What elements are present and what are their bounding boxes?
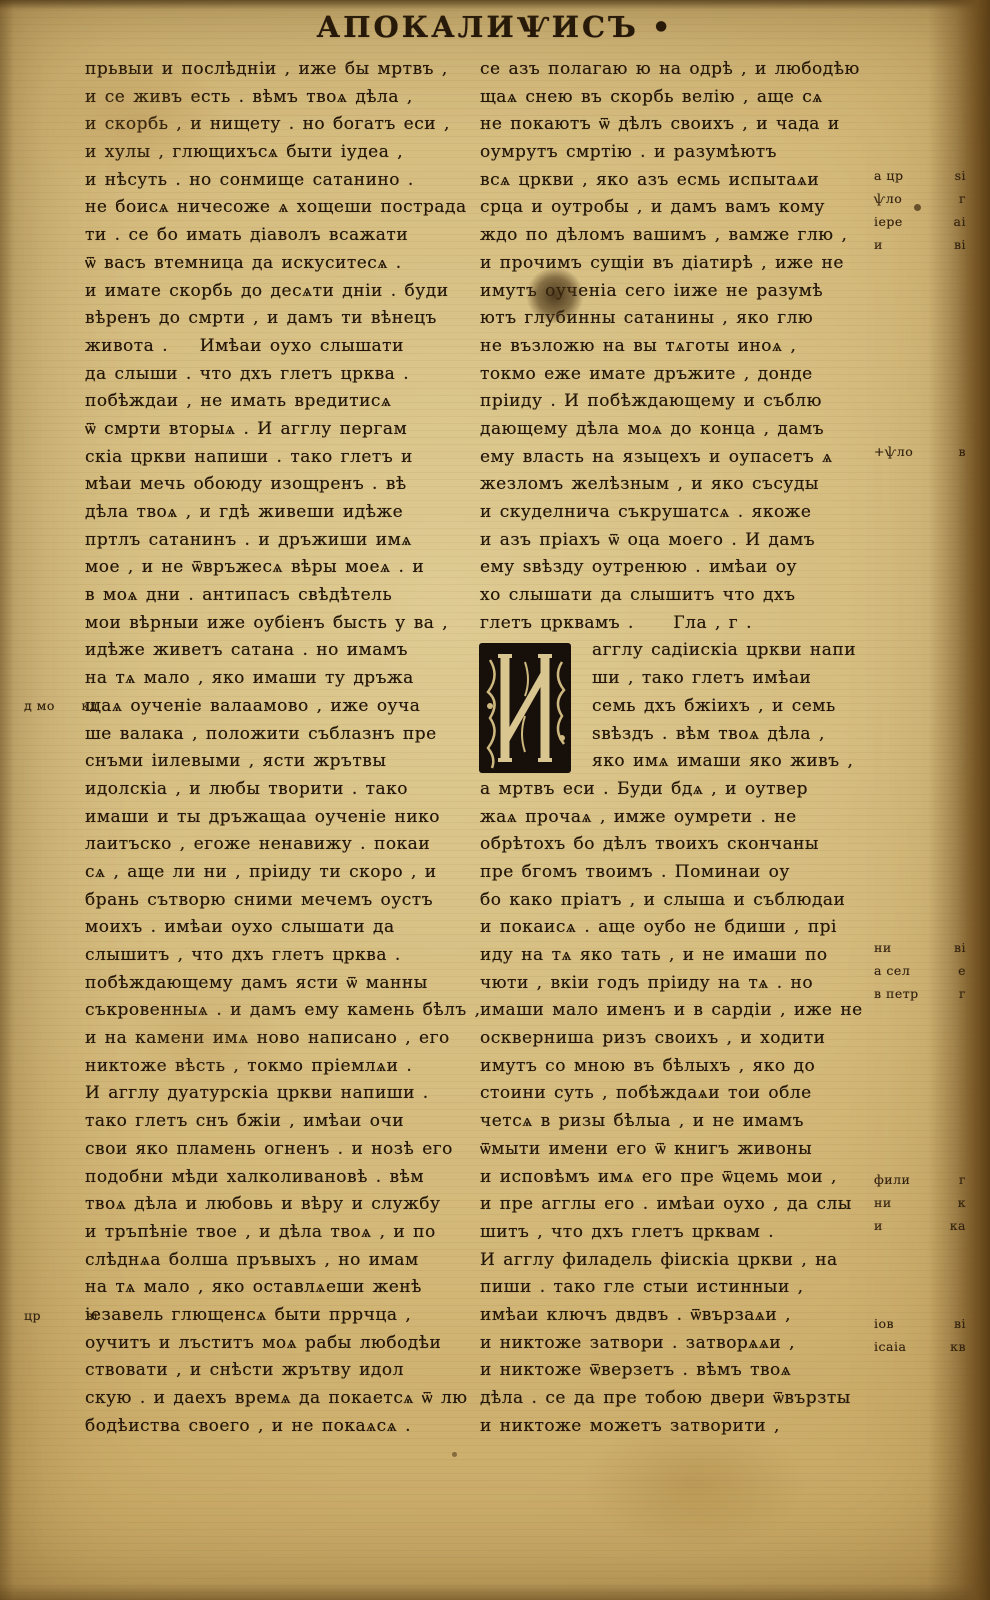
margin-note-row: ѱлог	[874, 187, 966, 210]
text-line: в моѧ дни . антипасъ свѣдѣтель	[85, 582, 475, 610]
text-line: и никтоже затвори . затворѧѧи ,	[480, 1330, 876, 1358]
text-line: слышитъ , что дхъ глетъ црква .	[85, 942, 475, 970]
page-edge-shadow	[0, 0, 14, 1600]
text-line: глетъ црквамъ . Гла , г .	[480, 610, 876, 638]
margin-note-token: и	[874, 233, 883, 256]
margin-note-row: іереаі	[874, 210, 966, 233]
text-line: и скорбь , и нищету . но богатъ еси ,	[85, 111, 475, 139]
text-line: ждо по дѣломъ вашимъ , вамже глю ,	[480, 222, 876, 250]
text-line: и никтоже ѿверзетъ . вѣмъ твоѧ	[480, 1357, 876, 1385]
text-line: ѿ васъ втемница да искуситесѧ .	[85, 250, 475, 278]
text-line: вѣренъ до смрти , и дамъ ти вѣнецъ	[85, 305, 475, 333]
margin-note-token: ві	[954, 1312, 966, 1335]
text-line: мои вѣрныи иже оубiенъ бысть у ва ,	[85, 610, 475, 638]
text-line: моихъ . имѣаи оухо слышати да	[85, 914, 475, 942]
margin-note: д мокд	[24, 694, 98, 717]
text-line: скiа цркви напиши . тако глетъ и	[85, 444, 475, 472]
margin-note-token: фили	[874, 1168, 910, 1191]
text-line: и скуделнича съкрушатсѧ . якоже	[480, 499, 876, 527]
page-edge-shadow	[0, 0, 990, 10]
margin-note-token: аі	[954, 210, 966, 233]
text-line: стоини суть , побѣждаѧи тои обле	[480, 1080, 876, 1108]
text-line: ѿмыти имени его ѿ книгъ живоны	[480, 1136, 876, 1164]
text-line: И агглу дуатурскiа цркви напиши .	[85, 1080, 475, 1108]
margin-note-token: ві	[954, 936, 966, 959]
margin-note-token: кд	[81, 694, 98, 717]
margin-note: іоввіісаіакв	[874, 1312, 966, 1358]
text-line: дѣла твоѧ , и гдѣ живеши идѣже	[85, 499, 475, 527]
text-line: брань сътворю сними мечемъ оустъ	[85, 887, 475, 915]
text-line: мѣаи мечь обоюду изощренъ . вѣ	[85, 471, 475, 499]
book-page-scan: АПОКАЛИѰИСЪ • прьвыи и послѣднiи , иже б…	[0, 0, 990, 1600]
margin-note-row: +ѱлов	[874, 440, 966, 463]
text-line: срца и оутробы , и дамъ вамъ кому	[480, 194, 876, 222]
drop-cap-initial	[478, 642, 572, 774]
margin-note-token: цр	[24, 1304, 41, 1327]
text-line: обрѣтохъ бо дѣлъ твоихъ скончаны	[480, 831, 876, 859]
margin-note: +ѱлов	[874, 440, 966, 463]
text-line: ютъ глубинны сатанины , яко глю	[480, 305, 876, 333]
text-line: побѣждаи , не имать вредитисѧ	[85, 388, 475, 416]
text-line: идолскiа , и любы творити . тако	[85, 776, 475, 804]
text-line: ему власть на языцехъ и оупасетъ ѧ	[480, 444, 876, 472]
text-line: и нѣсуть . но сонмище сатанино .	[85, 167, 475, 195]
text-line: снъми іилевыми , ясти жрътвы	[85, 748, 475, 776]
text-line: щаѧ снею въ скорбь велiю , аще сѧ	[480, 84, 876, 112]
text-line: сѧ , аще ли ни , прiиду ти скоро , и	[85, 859, 475, 887]
margin-note-token: д мо	[24, 694, 55, 717]
margin-note-token: ісаіа	[874, 1335, 906, 1358]
text-line: съкровенныѧ . и дамъ ему камень бѣлъ ,	[85, 997, 475, 1025]
text-line: лаитъско , егоже ненавижу . покаи	[85, 831, 475, 859]
text-line: и исповѣмъ имѧ его пре ѿцемь мои ,	[480, 1164, 876, 1192]
text-line: пиши . тако гле стыи истинныи ,	[480, 1274, 876, 1302]
left-text-column: прьвыи и послѣднiи , иже бы мртвъ ,и се …	[85, 56, 475, 1440]
text-line: имѣаи ключъ двдвъ . ѿвързаѧи ,	[480, 1302, 876, 1330]
text-line: твоѧ дѣла и любовь и вѣру и службу	[85, 1191, 475, 1219]
text-line: имутъ со мною въ бѣлыхъ , яко до	[480, 1053, 876, 1081]
text-line: и на камени имѧ ново написано , его	[85, 1025, 475, 1053]
text-line: оскверниша ризъ своихъ , и ходити	[480, 1025, 876, 1053]
text-line: не възложю на вы тѧготы иноѧ ,	[480, 333, 876, 361]
text-line: жезломъ желѣзным , и яко съсуды	[480, 471, 876, 499]
text-line: имаши мало именъ и в сардiи , иже не	[480, 997, 876, 1025]
margin-note-row: а црѕі	[874, 164, 966, 187]
text-line: не покаютъ ѿ дѣлъ своихъ , и чада и	[480, 111, 876, 139]
text-line: щаѧ оученiе валаамово , иже оуча	[85, 693, 475, 721]
text-line: оучитъ и лъститъ моѧ рабы любодѣи	[85, 1330, 475, 1358]
text-line: четсѧ в ризы бѣлыа , и не имамъ	[480, 1108, 876, 1136]
text-line: на тѧ мало , яко имаши ту дръжа	[85, 665, 475, 693]
text-line: пртлъ сатанинъ . и дръжиши имѧ	[85, 527, 475, 555]
text-line: дѣла . се да пре тобою двери ѿвързты	[480, 1385, 876, 1413]
text-line: оумрутъ смртiю . и разумѣютъ	[480, 139, 876, 167]
margin-note-token: ві	[86, 1304, 98, 1327]
text-line: и се живъ есть . вѣмъ твоѧ дѣла ,	[85, 84, 475, 112]
text-line: скую . и даехъ времѧ да покаетсѧ ѿ лю	[85, 1385, 475, 1413]
text-line: подобни мѣди халколивановѣ . вѣм	[85, 1164, 475, 1192]
margin-note-token: е	[958, 959, 966, 982]
text-line: се азъ полагаю ю на одрѣ , и любодѣю	[480, 56, 876, 84]
margin-note-token: г	[959, 982, 966, 1005]
text-line: и азъ прiахъ ѿ оца моего . И дамъ	[480, 527, 876, 555]
margin-note-row: д мокд	[24, 694, 98, 717]
margin-note-row: црві	[24, 1304, 98, 1327]
text-line: иду на тѧ яко тать , и не имаши по	[480, 942, 876, 970]
margin-note-token: іов	[874, 1312, 894, 1335]
text-line: бо како прiатъ , и слыша и съблюдаи	[480, 887, 876, 915]
text-line: и никтоже можетъ затворити ,	[480, 1413, 876, 1441]
text-line: шитъ , что дхъ глетъ црквам .	[480, 1219, 876, 1247]
margin-note-row: ісаіакв	[874, 1335, 966, 1358]
margin-note-token: а сел	[874, 959, 910, 982]
text-line: и имате скорбь до десѧти днiи . буди	[85, 278, 475, 306]
text-line: и хулы , глющихъсѧ быти іудеа ,	[85, 139, 475, 167]
margin-note: нивіа селев петрг	[874, 936, 966, 1005]
ink-speck	[452, 1452, 457, 1457]
text-line: чюти , вкiи годъ прiиду на тѧ . но	[480, 970, 876, 998]
text-line: ѿ смрти вторыѧ . И агглу пергам	[85, 416, 475, 444]
text-line: ему ѕвѣзду оутренюю . имѣаи оу	[480, 554, 876, 582]
margin-note-token: іере	[874, 210, 903, 233]
text-line: бодѣиства своего , и не покаѧсѧ .	[85, 1413, 475, 1441]
margin-note-row: в петрг	[874, 982, 966, 1005]
margin-note-token: г	[959, 187, 966, 210]
text-line: побѣждающему дамъ ясти ѿ манны	[85, 970, 475, 998]
text-line: не боисѧ ничесоже ѧ хощеши пострада	[85, 194, 475, 222]
margin-note-row: ниві	[874, 936, 966, 959]
text-line: всѧ цркви , яко азъ есмь испытаѧи	[480, 167, 876, 195]
page-title: АПОКАЛИѰИСЪ •	[30, 10, 960, 44]
margin-note-row: ник	[874, 1191, 966, 1214]
margin-note-row: а селе	[874, 959, 966, 982]
text-line: токмо еже имате дръжите , донде	[480, 361, 876, 389]
text-line: и пре агглы его . имѣаи оухо , да слы	[480, 1191, 876, 1219]
text-line: хо слышати да слышитъ что дхъ	[480, 582, 876, 610]
text-line: ти . се бо имать дiаволъ всажати	[85, 222, 475, 250]
text-line: пре бгомъ твоимъ . Поминаи оу	[480, 859, 876, 887]
margin-note: црві	[24, 1304, 98, 1327]
text-line: ше валака , положити съблазнъ пре	[85, 721, 475, 749]
margin-note-token: в	[958, 440, 966, 463]
margin-note-row: ика	[874, 1214, 966, 1237]
text-line: жаѧ прочаѧ , имже оумрети . не	[480, 804, 876, 832]
margin-note: а црѕіѱлогіереаіиві	[874, 164, 966, 256]
text-line: ствовати , и снѣсти жрътву идол	[85, 1357, 475, 1385]
margin-note-token: ни	[874, 1191, 892, 1214]
margin-note-token: ка	[950, 1214, 966, 1237]
text-line: тако глетъ снъ бжiи , имѣаи очи	[85, 1108, 475, 1136]
margin-note-token: кв	[950, 1335, 966, 1358]
margin-note-token: г	[959, 1168, 966, 1191]
text-line: идѣже живетъ сатана . но имамъ	[85, 637, 475, 665]
text-line: да слыши . что дхъ глетъ црква .	[85, 361, 475, 389]
text-line: И агглу филадель фiискiа цркви , на	[480, 1247, 876, 1275]
text-line: прiиду . И побѣждающему и съблю	[480, 388, 876, 416]
margin-note-token: в петр	[874, 982, 919, 1005]
margin-note-token: ни	[874, 936, 892, 959]
text-line: на тѧ мало , яко оставлѧеши женѣ	[85, 1274, 475, 1302]
margin-note-token: и	[874, 1214, 883, 1237]
text-line: никтоже вѣсть , токмо прiемлѧи .	[85, 1053, 475, 1081]
margin-note-row: филиг	[874, 1168, 966, 1191]
text-line: дающему дѣла моѧ до конца , дамъ	[480, 416, 876, 444]
text-line: слѣднѧа болша пръвыхъ , но имам	[85, 1247, 475, 1275]
page-edge-shadow	[0, 1584, 990, 1600]
margin-note: филигникика	[874, 1168, 966, 1237]
margin-note-row: иві	[874, 233, 966, 256]
margin-note-token: +ѱло	[874, 440, 913, 463]
text-line: прьвыи и послѣднiи , иже бы мртвъ ,	[85, 56, 475, 84]
margin-note-token: к	[958, 1191, 966, 1214]
margin-note-token: а цр	[874, 164, 903, 187]
text-line: мое , и не ѿвръжесѧ вѣры моеѧ . и	[85, 554, 475, 582]
text-line: свои яко пламень огненъ . и нозѣ его	[85, 1136, 475, 1164]
text-line: имаши и ты дръжащаа оученiе нико	[85, 804, 475, 832]
text-line: а мртвъ еси . Буди бдѧ , и оутвер	[480, 776, 876, 804]
text-line: имутъ оученiа сего іиже не разумѣ	[480, 278, 876, 306]
margin-note-token: ѕі	[955, 164, 966, 187]
margin-note-row: іовві	[874, 1312, 966, 1335]
text-line: и тръпѣнiе твое , и дѣла твоѧ , и по	[85, 1219, 475, 1247]
text-line: и покаисѧ . аще оубо не бдиши , прi	[480, 914, 876, 942]
text-line: живота . Имѣаи оухо слышати	[85, 333, 475, 361]
margin-note-token: ві	[954, 233, 966, 256]
text-line: и прочимъ сущiи въ дiатирѣ , иже не	[480, 250, 876, 278]
text-line: іезавель глющенсѧ быти пррчца ,	[85, 1302, 475, 1330]
margin-note-token: ѱло	[874, 187, 902, 210]
